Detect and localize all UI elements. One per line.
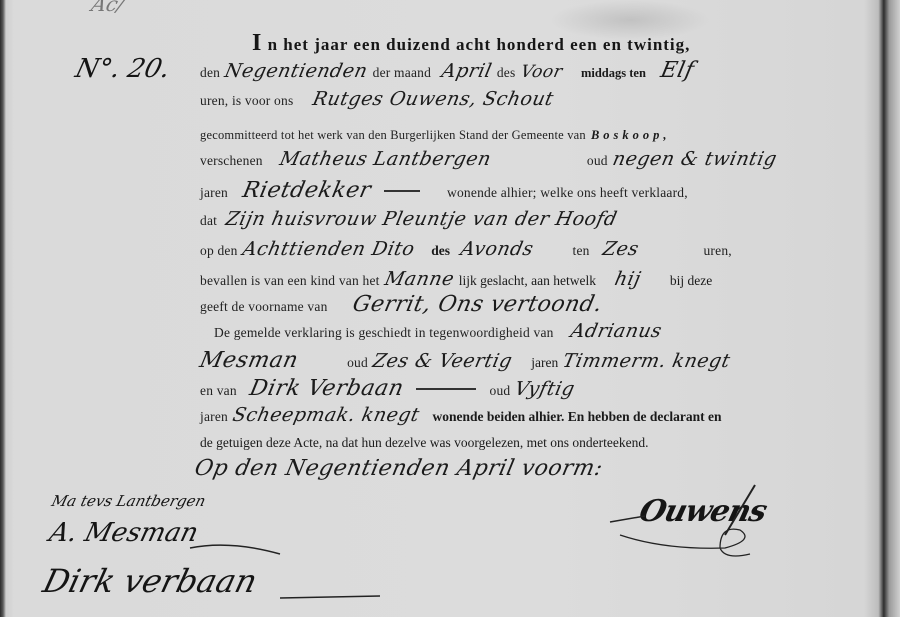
printed-text: des: [497, 65, 516, 80]
signature-flourish: [280, 590, 390, 604]
handwritten-day: Negentienden: [223, 60, 370, 82]
handwritten-wife: Zijn huisvrouw Pleuntje van der Hoofd: [224, 208, 620, 230]
handwritten-birth-hour: Zes: [600, 238, 640, 260]
handwritten-witness1-occupation: Timmerm. knegt: [561, 350, 733, 372]
printed-text: lijk geslacht, aan hetwelk: [459, 273, 596, 288]
printed-text: jaren: [531, 355, 558, 370]
printed-text: wonende alhier; welke ons heeft verklaar…: [447, 185, 688, 200]
printed-text: verschenen: [200, 153, 263, 168]
handwritten-age: negen & twintig: [611, 148, 779, 170]
handwritten-occupation: Rietdekker: [240, 178, 373, 203]
drop-initial: I: [252, 30, 262, 56]
printed-text: oud: [587, 153, 608, 168]
printed-text: gecommitteerd tot het werk van den Burge…: [200, 128, 586, 142]
printed-text: bevallen is van een kind van het: [200, 273, 380, 288]
line-child-name: geeft de voorname van Gerrit, Ons vertoo…: [200, 292, 602, 317]
line-wife: dat Zijn huisvrouw Pleuntje van der Hoof…: [200, 208, 617, 230]
handwritten-closing-note: Op den Negentienden April voorm:: [192, 456, 605, 481]
line-witness1: Mesman oud Zes & Veertig jaren Timmerm. …: [200, 348, 730, 373]
handwritten-official: Rutges Ouwens, Schout: [310, 88, 555, 110]
line-occupation: jaren Rietdekker wonende alhier; welke o…: [200, 178, 688, 203]
printed-text: bij deze: [670, 273, 712, 288]
place-name: Boskoop,: [591, 128, 671, 142]
line-witnesses-intro: De gemelde verklaring is geschiedt in te…: [214, 320, 661, 342]
printed-text: oud: [347, 355, 368, 370]
line-declarant: verschenen Matheus Lantbergen oud negen …: [200, 148, 777, 170]
printed-text: dat: [200, 213, 217, 228]
printed-text: oud: [490, 383, 511, 398]
line-witness2-occupation: jaren Scheepmak. knegt wonende beiden al…: [200, 404, 722, 426]
line-official: uren, is voor ons Rutges Ouwens, Schout: [200, 88, 553, 110]
line-birth-date: op den Achttienden Dito des Avonds ten Z…: [200, 238, 732, 260]
printed-text: den: [200, 65, 220, 80]
line-sex: bevallen is van een kind van het Manne l…: [200, 268, 712, 290]
signature-official-flourish: [605, 480, 775, 560]
line-closing: de getuigen deze Acte, na dat hun dezelv…: [200, 432, 648, 451]
printed-text: de getuigen deze Acte, na dat hun dezelv…: [200, 435, 648, 450]
filler-dash: [384, 190, 420, 192]
line-municipality: gecommitteerd tot het werk van den Burge…: [200, 124, 671, 143]
printed-text: jaren: [200, 409, 228, 424]
closing-note-line: Op den Negentienden April voorm:: [195, 456, 603, 481]
signature-witness1: A. Mesman: [46, 518, 201, 548]
handwritten-part-of-day: Avonds: [459, 238, 536, 260]
handwritten-month: April: [440, 60, 494, 82]
heading-line: I n het jaar een duizend acht honderd ee…: [252, 30, 690, 57]
printed-text: op den: [200, 243, 238, 258]
handwritten-witness2-age: Vyftig: [513, 378, 577, 400]
handwritten-witness1-age: Zes & Veertig: [371, 350, 515, 372]
handwritten-hour: Elf: [658, 58, 696, 83]
printed-text: De gemelde verklaring is geschiedt in te…: [214, 325, 554, 340]
handwritten-pronoun: hij: [613, 268, 643, 290]
filler-dash: [416, 388, 476, 390]
handwritten-part-of-day: Voor: [518, 62, 564, 82]
line-date: den Negentienden der maand April des Voo…: [200, 58, 694, 83]
signature-declarant: Ma tevs Lantbergen: [50, 492, 208, 510]
printed-text: uren, is voor ons: [200, 93, 293, 108]
printed-text: des: [431, 243, 450, 258]
printed-text: wonende beiden alhier. En hebben de decl…: [432, 409, 721, 424]
printed-text: der maand: [373, 65, 431, 80]
printed-text: geeft de voorname van: [200, 299, 328, 314]
signature-flourish: [180, 540, 290, 560]
printed-text: middags ten: [581, 66, 646, 80]
line-witness2: en van Dirk Verbaan oud Vyftig: [200, 376, 575, 401]
handwritten-child-name: Gerrit, Ons vertoond.: [350, 292, 604, 317]
handwritten-sex: Manne: [382, 268, 456, 290]
record-number: N°. 20.: [72, 54, 173, 84]
handwritten-witness1-last: Mesman: [197, 348, 300, 373]
handwritten-birth-day: Achttienden Dito: [240, 238, 416, 260]
printed-text: jaren: [200, 185, 228, 200]
printed-text: uren,: [703, 243, 731, 258]
heading-text: n het jaar een duizend acht honderd een …: [268, 35, 691, 54]
signature-witness2: Dirk verbaan: [39, 562, 261, 600]
handwritten-witness2-name: Dirk Verbaan: [247, 376, 406, 401]
margin-scribble: Ac/: [89, 0, 127, 16]
printed-text: ten: [573, 243, 590, 258]
printed-text: en van: [200, 383, 237, 398]
handwritten-witness1-first: Adrianus: [568, 320, 663, 342]
handwritten-declarant: Matheus Lantbergen: [277, 148, 544, 170]
handwritten-witness2-occupation: Scheepmak. knegt: [231, 404, 422, 426]
